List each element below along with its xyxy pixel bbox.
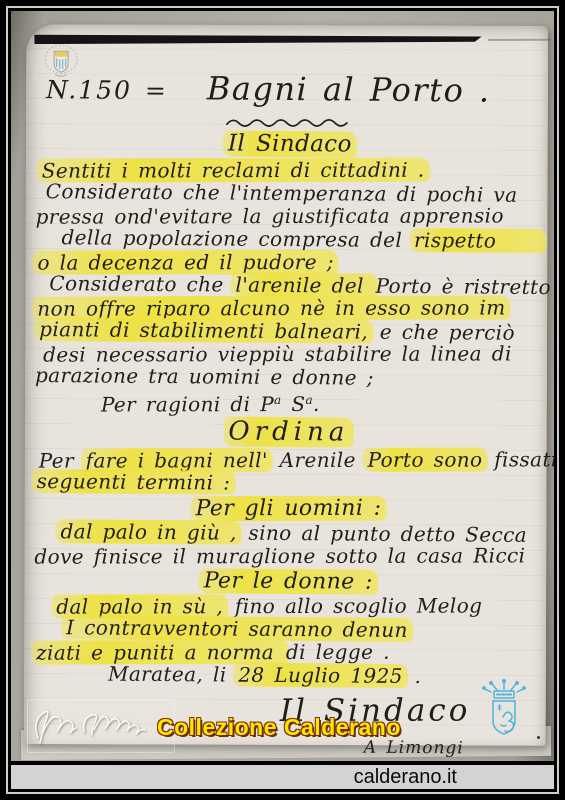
- highlighted-text: rispetto: [409, 228, 546, 253]
- text-run: della popolazione compresa del: [61, 225, 412, 252]
- highlighted-text: Per le donne :: [199, 568, 378, 594]
- text-run: Arenile: [270, 448, 366, 472]
- site-url: calderano.it: [354, 766, 457, 789]
- document-paper: N.150 = Bagni al Porto . Il SindacoSenti…: [24, 24, 549, 746]
- text-run: Bagni al Porto .: [181, 69, 491, 109]
- document-photo: N.150 = Bagni al Porto . Il SindacoSenti…: [11, 11, 554, 761]
- inner-border: N.150 = Bagni al Porto . Il SindacoSenti…: [8, 8, 557, 792]
- handwritten-line: seguenti termini :: [35, 470, 543, 497]
- text-run: Per ragioni di P: [101, 392, 274, 416]
- highlighted-text: 28 Luglio 1925: [233, 663, 408, 688]
- blue-crest-stamp-icon: [477, 679, 531, 745]
- outer-border: N.150 = Bagni al Porto . Il SindacoSenti…: [0, 0, 565, 800]
- squiggle-line-icon: [225, 116, 355, 128]
- handwritten-line: della popolazione compresa del rispetto: [35, 226, 543, 253]
- text-run: fino allo scoglio Melog: [225, 594, 482, 619]
- text-run: a: [305, 393, 313, 407]
- text-run: Considerato che: [49, 271, 233, 296]
- highlighted-text: Per gli uomini :: [191, 496, 387, 522]
- text-run: .: [313, 392, 320, 416]
- text-run: N.150 =: [46, 75, 181, 105]
- highlighted-text: Ordina: [223, 416, 354, 447]
- handwritten-text: N.150 = Bagni al Porto . Il SindacoSenti…: [34, 64, 544, 760]
- highlighted-text: Il Sindaco: [223, 130, 357, 157]
- embossed-signature-watermark: [27, 699, 175, 753]
- per-ragioni-line: Per ragioni di Pa Sa.: [35, 388, 543, 416]
- highlighted-text: l'arenile del: [230, 273, 378, 298]
- heading-ordina: Ordina: [35, 414, 543, 451]
- heading-per-le-donne: Per le donne :: [34, 566, 542, 597]
- photo-frame: N.150 = Bagni al Porto . Il SindacoSenti…: [0, 0, 565, 800]
- collection-watermark: Collezione Calderano: [157, 714, 401, 741]
- handwritten-line: dove finisce il muraglione sotto la casa…: [34, 544, 542, 568]
- heading-il-sindaco: Il Sindaco: [36, 127, 544, 161]
- text-run: parazione tra uomini e donne ;: [35, 363, 374, 390]
- highlighted-text: pianti di stabilimenti balneari,: [34, 317, 373, 344]
- heading-per-gli-uomini: Per gli uomini :: [35, 494, 543, 522]
- highlighted-text: I contravventori saranno denun: [61, 615, 413, 642]
- text-run: a: [274, 393, 282, 407]
- text-run: dove finisce il muraglione sotto la casa…: [34, 543, 525, 568]
- dateline: Maratea, li 28 Luglio 1925 .: [34, 662, 542, 689]
- text-run: .: [405, 664, 422, 688]
- text-run: S: [282, 392, 306, 416]
- highlighted-text: dal palo in giù ,: [55, 519, 241, 544]
- highlighted-text: Porto sono: [363, 447, 488, 471]
- highlighted-text: ziati e puniti a norma: [31, 640, 289, 665]
- doc-number-and-title: N.150 = Bagni al Porto .: [36, 63, 544, 118]
- handwritten-line: parazione tra uomini e donne ;: [35, 364, 543, 391]
- photocopy-black-bar-icon: [34, 34, 486, 44]
- highlighted-text: seguenti termini :: [32, 469, 236, 495]
- site-footer-bar: calderano.it: [11, 761, 554, 789]
- text-run: di legge .: [286, 640, 390, 664]
- text-run: fissati: [484, 447, 554, 471]
- ink-dot: [537, 736, 540, 739]
- text-run: Maratea, li: [108, 662, 237, 687]
- handwritten-line: I contravventori saranno denun: [34, 616, 542, 643]
- photocopy-bar-tail: [488, 39, 550, 41]
